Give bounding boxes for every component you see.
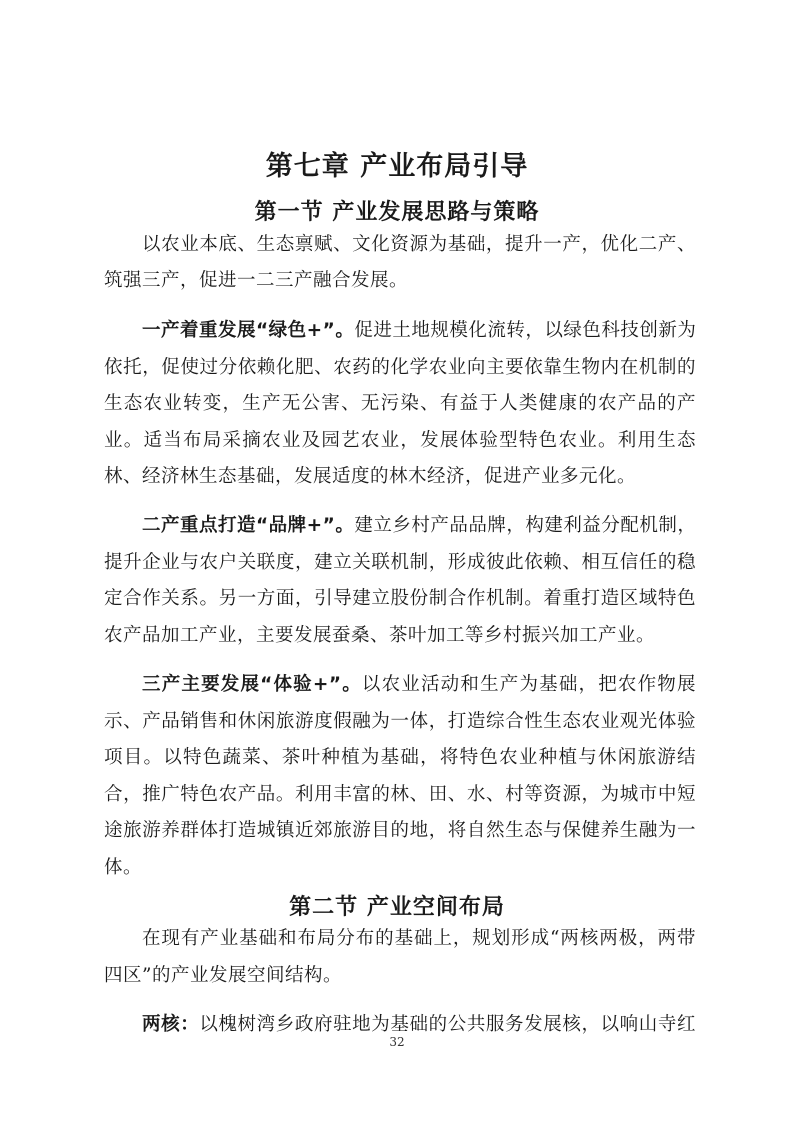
paragraph-line: 途旅游养群体打造城镇近郊旅游目的地，将自然生态与保健养生融为一 xyxy=(104,819,696,843)
paragraph-text: 建立乡村产品品牌，构建利益分配机制， xyxy=(354,515,696,536)
paragraph-line: 二产重点打造“品牌+”。建立乡村产品品牌，构建利益分配机制， xyxy=(142,514,696,538)
paragraph-line: 生态农业转变，生产无公害、无污染、有益于人类健康的农产品的产 xyxy=(104,392,696,416)
paragraph-line: 四区”的产业发展空间结构。 xyxy=(104,964,696,988)
paragraph-line: 林、经济林生态基础，发展适度的林木经济，促进产业多元化。 xyxy=(104,465,696,489)
paragraph-lead: 二产重点打造“品牌+”。 xyxy=(142,515,354,536)
paragraph-line: 合，推广特色农产品。利用丰富的林、田、水、村等资源，为城市中短 xyxy=(104,783,696,807)
paragraph-line: 两核：以槐树湾乡政府驻地为基础的公共服务发展核，以响山寺红 xyxy=(142,1013,696,1037)
paragraph-text: 以槐树湾乡政府驻地为基础的公共服务发展核，以响山寺红 xyxy=(199,1014,696,1035)
paragraph-line: 农产品加工产业，主要发展蚕桑、茶叶加工等乡村振兴加工产业。 xyxy=(104,624,696,648)
paragraph-line: 三产主要发展“体验+”。以农业活动和生产为基础，把农作物展 xyxy=(142,673,696,697)
paragraph-line: 提升企业与农户关联度，建立关联机制，形成彼此依赖、相互信任的稳 xyxy=(104,551,696,575)
paragraph-lead: 一产着重发展“绿色+”。 xyxy=(142,320,354,341)
paragraph-text: 促进土地规模化流转，以绿色科技创新为 xyxy=(354,320,696,341)
page-number: 32 xyxy=(0,1035,794,1049)
paragraph-lead: 两核： xyxy=(142,1014,199,1035)
paragraph-line: 一产着重发展“绿色+”。促进土地规模化流转，以绿色科技创新为 xyxy=(142,319,696,343)
paragraph-line: 依托，促使过分依赖化肥、农药的化学农业向主要依靠生物内在机制的 xyxy=(104,356,696,380)
paragraph-line: 以农业本底、生态禀赋、文化资源为基础，提升一产，优化二产、 xyxy=(142,233,696,257)
paragraph-line: 定合作关系。另一方面，引导建立股份制合作机制。着重打造区域特色 xyxy=(104,587,696,611)
paragraph-line: 体。 xyxy=(104,856,696,880)
section-title-1: 第一节 产业发展思路与策略 xyxy=(0,195,794,226)
paragraph-line: 示、产品销售和休闲旅游度假融为一体，打造综合性生态农业观光体验 xyxy=(104,710,696,734)
paragraph-line: 项目。以特色蔬菜、茶叶种植为基础，将特色农业种植与休闲旅游结 xyxy=(104,746,696,770)
paragraph-line: 筑强三产，促进一二三产融合发展。 xyxy=(104,269,696,293)
paragraph-line: 在现有产业基础和布局分布的基础上，规划形成“两核两极，两带 xyxy=(142,927,696,951)
paragraph-text: 以农业活动和生产为基础，把农作物展 xyxy=(362,674,696,695)
chapter-title: 第七章 产业布局引导 xyxy=(0,144,794,183)
section-title-2: 第二节 产业空间布局 xyxy=(0,890,794,921)
document-page: 第七章 产业布局引导 第一节 产业发展思路与策略 以农业本底、生态禀赋、文化资源… xyxy=(0,0,794,1122)
paragraph-lead: 三产主要发展“体验+”。 xyxy=(142,674,362,695)
paragraph-line: 业。适当布局采摘农业及园艺农业，发展体验型特色农业。利用生态 xyxy=(104,429,696,453)
